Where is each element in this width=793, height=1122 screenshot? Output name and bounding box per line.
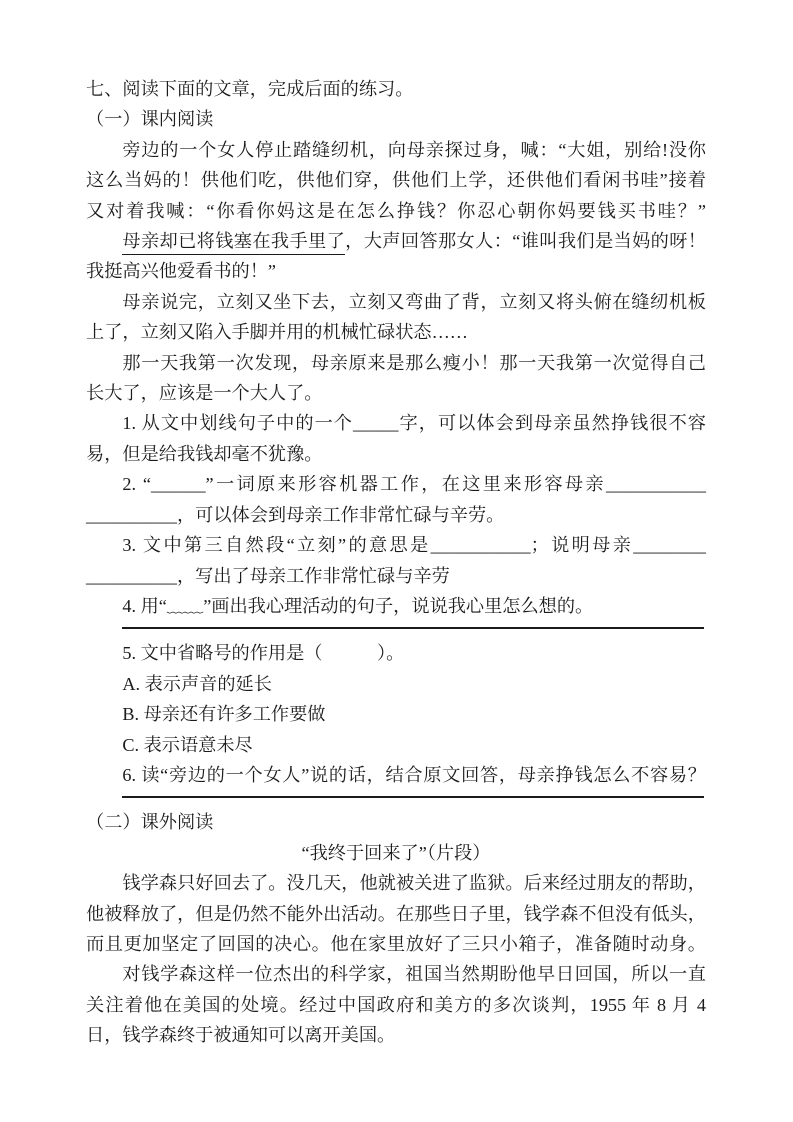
passage-line: 而且更加坚定了回国的决心。他在家里放好了三只小箱子，准备随时动身。 bbox=[86, 929, 706, 959]
question-line: __________，写出了母亲工作非常忙碌与辛劳 bbox=[86, 561, 706, 591]
passage-line: 日，钱学森终于被通知可以离开美国。 bbox=[86, 1020, 706, 1050]
passage-line: 上了，立刻又陷入手脚并用的机械忙碌状态…… bbox=[86, 317, 706, 347]
passage-line: 又对着我喊：“你看你妈这是在怎么挣钱？你忍心朝你妈要钱买书哇？” bbox=[86, 196, 706, 226]
question-line: 2. “______”一词原来形容机器工作，在这里来形容母亲__________… bbox=[86, 469, 706, 499]
passage-line: 母亲说完，立刻又坐下去，立刻又弯曲了背，立刻又将头俯在缝纫机板 bbox=[86, 287, 706, 317]
question-line: 6. 读“旁边的一个女人”说的话，结合原文回答，母亲挣钱怎么不容易？ bbox=[86, 760, 706, 790]
passage-line: 对钱学森这样一位杰出的科学家，祖国当然期盼他早日回国，所以一直 bbox=[86, 959, 706, 989]
exercise-header: 七、阅读下面的文章，完成后面的练习。 bbox=[86, 74, 706, 104]
part-one-questions: 1. 从文中划线句子中的一个_____字，可以体会到母亲虽然挣钱很不容易，但是给… bbox=[86, 408, 706, 798]
passage-line: 这么当妈的！供他们吃，供他们穿，供他们上学，还供他们看闲书哇”接着 bbox=[86, 165, 706, 195]
part-two-passage: 钱学森只好回去了。没几天，他就被关进了监狱。后来经过朋友的帮助，他被释放了，但是… bbox=[86, 868, 706, 1050]
passage-line: 我挺高兴他爱看书的！” bbox=[86, 256, 706, 286]
question-line: 3. 文中第三自然段“立刻”的意思是___________；说明母亲______… bbox=[86, 530, 706, 560]
passage-line: 他被释放了，但是仍然不能外出活动。在那些日子里，钱学森不但没有低头， bbox=[86, 899, 706, 929]
part-one-heading: （一）课内阅读 bbox=[86, 104, 706, 134]
question-line: __________，可以体会到母亲工作非常忙碌与辛劳。 bbox=[86, 500, 706, 530]
worksheet-page: 七、阅读下面的文章，完成后面的练习。 （一）课内阅读 旁边的一个女人停止踏缝纫机… bbox=[0, 0, 793, 1122]
answer-line bbox=[122, 796, 704, 798]
passage-line: 钱学森只好回去了。没几天，他就被关进了监狱。后来经过朋友的帮助， bbox=[86, 868, 706, 898]
passage-line: 母亲却已将钱塞在我手里了，大声回答那女人：“谁叫我们是当妈的呀！ bbox=[86, 226, 706, 256]
question-line: 5. 文中省略号的作用是（ ）。 bbox=[86, 638, 706, 668]
underlined-sentence: 母亲却已将钱塞在我手里了 bbox=[122, 231, 345, 255]
part-two-passage-title: “我终于回来了”（片段） bbox=[86, 838, 706, 868]
answer-line bbox=[122, 627, 704, 629]
passage-line: 那一天我第一次发现，母亲原来是那么瘦小！那一天我第一次觉得自己 bbox=[86, 348, 706, 378]
option-line: A. 表示声音的延长 bbox=[86, 669, 706, 699]
option-line: C. 表示语意未尽 bbox=[86, 730, 706, 760]
passage-line: 关注着他在美国的处境。经过中国政府和美方的多次谈判，1955 年 8 月 4 bbox=[86, 990, 706, 1020]
passage-line: 长大了，应该是一个大人了。 bbox=[86, 378, 706, 408]
question-line: 4. 用“﹏﹏”画出我心理活动的句子，说说我心里怎么想的。 bbox=[86, 591, 706, 621]
question-line: 易，但是给我钱却毫不犹豫。 bbox=[86, 439, 706, 469]
question-line: 1. 从文中划线句子中的一个_____字，可以体会到母亲虽然挣钱很不容 bbox=[86, 408, 706, 438]
part-one-passage: 旁边的一个女人停止踏缝纫机，向母亲探过身，喊：“大姐，别给!没你这么当妈的！供他… bbox=[86, 135, 706, 409]
passage-line: 旁边的一个女人停止踏缝纫机，向母亲探过身，喊：“大姐，别给!没你 bbox=[86, 135, 706, 165]
option-line: B. 母亲还有许多工作要做 bbox=[86, 699, 706, 729]
part-two-heading: （二）课外阅读 bbox=[86, 807, 706, 837]
worksheet-content: 七、阅读下面的文章，完成后面的练习。 （一）课内阅读 旁边的一个女人停止踏缝纫机… bbox=[86, 74, 706, 1051]
